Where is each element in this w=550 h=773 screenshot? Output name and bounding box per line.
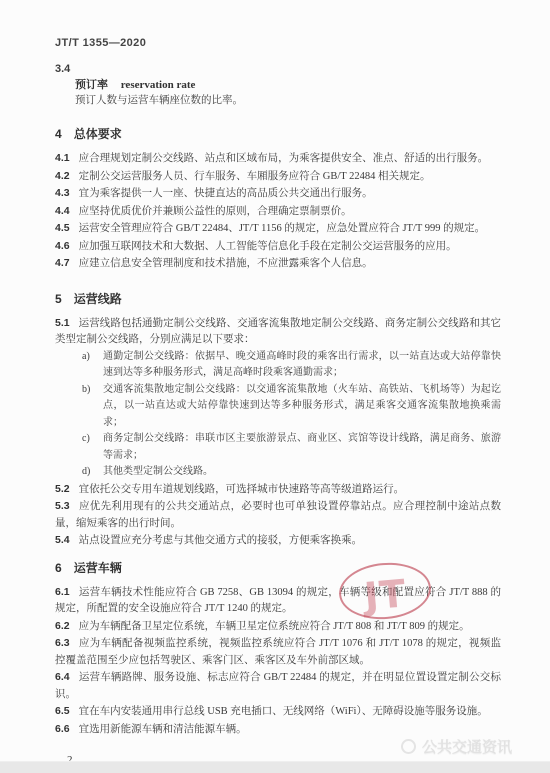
- term-definition: 预订人数与运营车辆座位数的比率。: [75, 93, 501, 109]
- clause: 4.2定制公交运营服务人员、行车服务、车厢服务应符合 GB/T 22484 相关…: [55, 168, 501, 186]
- clause-text: 宜选用新能源车辆和清洁能源车辆。: [79, 724, 247, 735]
- clause-number: 4.1: [55, 152, 70, 164]
- clause-number: 6.3: [55, 637, 70, 649]
- list-item-text: 交通客流集散地定制公交线路：以交通客流集散地（火车站、高铁站、飞机场等）为起讫点…: [103, 382, 501, 432]
- clause: 4.1应合理规划定制公交线路、站点和区域布局，为乘客提供安全、准点、舒适的出行服…: [55, 150, 501, 168]
- section-heading-4: 4总体要求: [55, 126, 501, 142]
- clause: 5.3应优先利用现有的公共交通站点，必要时也可单独设置停靠站点。应合理控制中途站…: [55, 498, 501, 532]
- section-title: 运营线路: [74, 292, 122, 306]
- clause: 5.4站点设置应充分考虑与其他交通方式的接驳，方便乘客换乘。: [55, 532, 501, 550]
- clause-number: 4.4: [55, 205, 70, 217]
- section-number: 4: [55, 127, 62, 141]
- list-item: c) 商务定制公交线路：串联市区主要旅游景点、商业区、宾馆等设计线路，满足商务、…: [82, 431, 501, 464]
- list-item-text: 商务定制公交线路：串联市区主要旅游景点、商业区、宾馆等设计线路，满足商务、旅游等…: [103, 431, 501, 464]
- clause: 6.1运营车辆技术性能应符合 GB 7258、GB 13094 的规定，车辆等级…: [55, 584, 501, 618]
- list-item: a) 通勤定制公交线路：依据早、晚交通高峰时段的乘客出行需求，以一站直达或大站停…: [82, 349, 501, 382]
- clause: 5.1运营线路包括通勤定制公交线路、交通客流集散地定制公交线路、商务定制公交线路…: [55, 315, 501, 349]
- clause-number: 6.2: [55, 620, 70, 632]
- clause-number: 4.7: [55, 257, 70, 269]
- clause-number: 4.3: [55, 187, 70, 199]
- clause-number: 4.2: [55, 170, 70, 182]
- section-4-clauses: 4.1应合理规划定制公交线路、站点和区域布局，为乘客提供安全、准点、舒适的出行服…: [55, 150, 501, 273]
- term-title: 预订率 reservation rate: [75, 77, 501, 93]
- list-item-text: 其他类型定制公交线路。: [103, 464, 501, 481]
- clause-number: 5.2: [55, 483, 70, 495]
- clause: 4.4应坚持优质优价并兼顾公益性的原则，合理确定票制票价。: [55, 203, 501, 221]
- clause-number: 6.4: [55, 671, 70, 683]
- page-content: JT/T 1355—2020 3.4 预订率 reservation rate …: [0, 0, 550, 768]
- list-item-label: b): [82, 382, 103, 432]
- clause-number: 5.3: [55, 500, 70, 512]
- clause: 4.6应加强互联网技术和大数据、人工智能等信息化手段在定制公交运营服务的应用。: [55, 238, 501, 256]
- clause-text: 应加强互联网技术和大数据、人工智能等信息化手段在定制公交运营服务的应用。: [79, 241, 457, 252]
- clause-number: 5.4: [55, 534, 70, 546]
- clause-text: 运营车辆路牌、服务设施、标志应符合 GB/T 22484 的规定，并在明显位置设…: [55, 672, 501, 700]
- list-item-label: c): [82, 431, 103, 464]
- clause-number: 5.1: [55, 317, 70, 329]
- list-item: d) 其他类型定制公交线路。: [82, 464, 501, 481]
- document-page: JT JT/T 1355—2020 3.4 预订率 reservation ra…: [0, 0, 550, 773]
- clause-number: 6.6: [55, 723, 70, 735]
- clause: 4.5运营安全管理应符合 GB/T 22484、JT/T 1156 的规定，应急…: [55, 220, 501, 238]
- clause-number: 6.5: [55, 705, 70, 717]
- footer-watermark: 公共交通资讯: [401, 736, 512, 757]
- term-block: 3.4 预订率 reservation rate 预订人数与运营车辆座位数的比率…: [55, 62, 501, 109]
- clause-text: 应为车辆配备视频监控系统，视频监控系统应符合 JT/T 1076 和 JT/T …: [55, 638, 501, 666]
- term-name-en: reservation rate: [121, 79, 196, 91]
- clause-text: 运营线路包括通勤定制公交线路、交通客流集散地定制公交线路、商务定制公交线路和其它…: [55, 318, 501, 346]
- footer-watermark-text: 公共交通资讯: [422, 736, 512, 757]
- section-heading-6: 6运营车辆: [55, 560, 501, 576]
- section-number: 5: [55, 292, 62, 306]
- standard-number-header: JT/T 1355—2020: [55, 36, 501, 50]
- clause: 5.2宜依托公交专用车道规划线路，可选择城市快速路等高等级道路运行。: [55, 481, 501, 499]
- clause-text: 运营车辆技术性能应符合 GB 7258、GB 13094 的规定，车辆等级和配置…: [55, 587, 501, 615]
- clause-text: 定制公交运营服务人员、行车服务、车厢服务应符合 GB/T 22484 相关规定。: [79, 171, 431, 182]
- clause-text: 应坚持优质优价并兼顾公益性的原则，合理确定票制票价。: [79, 206, 352, 217]
- clause-number: 4.5: [55, 222, 70, 234]
- section-title: 总体要求: [74, 127, 122, 141]
- clause-text: 应合理规划定制公交线路、站点和区域布局，为乘客提供安全、准点、舒适的出行服务。: [79, 153, 489, 164]
- bottom-strip: [0, 761, 550, 773]
- clause-text: 宜为乘客提供一人一座、快捷直达的高品质公共交通出行服务。: [79, 188, 373, 199]
- list-item: b) 交通客流集散地定制公交线路：以交通客流集散地（火车站、高铁站、飞机场等）为…: [82, 382, 501, 432]
- term-name: 预订率: [75, 79, 108, 91]
- list-item-text: 通勤定制公交线路：依据早、晚交通高峰时段的乘客出行需求，以一站直达或大站停靠快速…: [103, 349, 501, 382]
- section-number: 6: [55, 561, 62, 575]
- clause-number: 4.6: [55, 240, 70, 252]
- clause: 6.4运营车辆路牌、服务设施、标志应符合 GB/T 22484 的规定，并在明显…: [55, 669, 501, 703]
- clause-text: 应优先利用现有的公共交通站点，必要时也可单独设置停靠站点。应合理控制中途站点数量…: [55, 501, 501, 529]
- clause: 6.2应为车辆配备卫星定位系统，车辆卫星定位系统应符合 JT/T 808 和 J…: [55, 618, 501, 636]
- bus-logo-icon: [401, 739, 416, 754]
- list-item-label: d): [82, 464, 103, 481]
- section-heading-5: 5运营线路: [55, 291, 501, 307]
- list-item-label: a): [82, 349, 103, 382]
- clause: 6.5宜在车内安装通用串行总线 USB 充电插口、无线网络（WiFi）、无障碍设…: [55, 703, 501, 721]
- clause: 4.7应建立信息安全管理制度和技术措施，不应泄露乘客个人信息。: [55, 255, 501, 273]
- section-6-clauses: 6.1运营车辆技术性能应符合 GB 7258、GB 13094 的规定，车辆等级…: [55, 584, 501, 739]
- clause-text: 运营安全管理应符合 GB/T 22484、JT/T 1156 的规定，应急处置应…: [79, 223, 486, 234]
- clause-text: 站点设置应充分考虑与其他交通方式的接驳，方便乘客换乘。: [79, 535, 363, 546]
- clause-text: 应为车辆配备卫星定位系统，车辆卫星定位系统应符合 JT/T 808 和 JT/T…: [79, 621, 470, 632]
- section-5-clauses: 5.1运营线路包括通勤定制公交线路、交通客流集散地定制公交线路、商务定制公交线路…: [55, 315, 501, 550]
- clause-text: 宜依托公交专用车道规划线路，可选择城市快速路等高等级道路运行。: [79, 484, 405, 495]
- term-number: 3.4: [55, 62, 501, 77]
- clause: 6.3应为车辆配备视频监控系统，视频监控系统应符合 JT/T 1076 和 JT…: [55, 635, 501, 669]
- section-title: 运营车辆: [74, 561, 122, 575]
- clause: 4.3宜为乘客提供一人一座、快捷直达的高品质公共交通出行服务。: [55, 185, 501, 203]
- clause-text: 宜在车内安装通用串行总线 USB 充电插口、无线网络（WiFi）、无障碍设施等服…: [79, 706, 488, 717]
- clause-number: 6.1: [55, 586, 70, 598]
- clause-text: 应建立信息安全管理制度和技术措施，不应泄露乘客个人信息。: [79, 258, 373, 269]
